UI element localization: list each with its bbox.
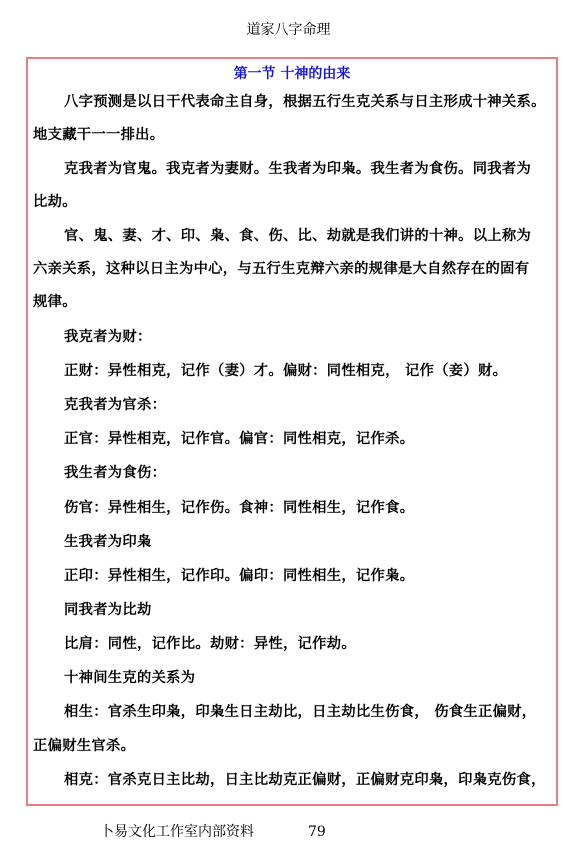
text-line: 正偏财生官杀。	[33, 736, 135, 756]
text-line: 六亲关系，这种以日主为中心，与五行生克辩六亲的规律是大自然存在的固有	[33, 259, 529, 279]
text-line: 我克者为财：	[64, 327, 152, 347]
text-line: 比劫。	[33, 192, 77, 212]
text-line: 伤官：异性相生，记作伤。食神：同性相生，记作食。	[64, 498, 414, 518]
text-line: 克我者为官杀：	[64, 395, 166, 415]
text-line: 生我者为印枭	[64, 532, 152, 552]
text-line: 地支藏干一一排出。	[33, 125, 164, 145]
content-frame: 第一节 十神的由来 八字预测是以日干代表命主自身，根据五行生克关系与日主形成十神…	[26, 57, 558, 806]
text-line: 相克：官杀克日主比劫，日主比劫克正偏财，正偏财克印枭，印枭克伤食，	[64, 770, 546, 790]
text-line: 官、鬼、妻、才、印、枭、食、伤、比、劫就是我们讲的十神。以上称为	[64, 226, 531, 246]
text-line: 正印：异性相生，记作印。偏印：同性相生，记作枭。	[64, 566, 414, 586]
text-line: 十神间生克的关系为	[64, 668, 195, 688]
text-line: 相生：官杀生印枭，印枭生日主劫比，日主劫比生伤食， 伤食生正偏财，	[64, 702, 536, 722]
text-line: 比肩：同性，记作比。劫财：异性，记作劫。	[64, 634, 356, 654]
section-title: 第一节 十神的由来	[28, 63, 556, 85]
text-line: 正官：异性相克，记作官。偏官：同性相克，记作杀。	[64, 429, 414, 449]
page-number: 79	[308, 822, 326, 842]
footer-org: 卜易文化工作室内部资料	[100, 822, 254, 842]
text-line: 八字预测是以日干代表命主自身，根据五行生克关系与日主形成十神关系。	[64, 92, 546, 112]
text-line: 正财：异性相克，记作（妻）才。偏财：同性相克， 记作（妾）财。	[64, 361, 507, 381]
text-line: 规律。	[33, 292, 77, 312]
text-line: 我生者为食伤：	[64, 463, 166, 483]
text-line: 克我者为官鬼。我克者为妻财。生我者为印枭。我生者为食伤。同我者为	[64, 159, 531, 179]
text-line: 同我者为比劫	[64, 600, 152, 620]
page-header: 道家八字命理	[0, 20, 577, 40]
